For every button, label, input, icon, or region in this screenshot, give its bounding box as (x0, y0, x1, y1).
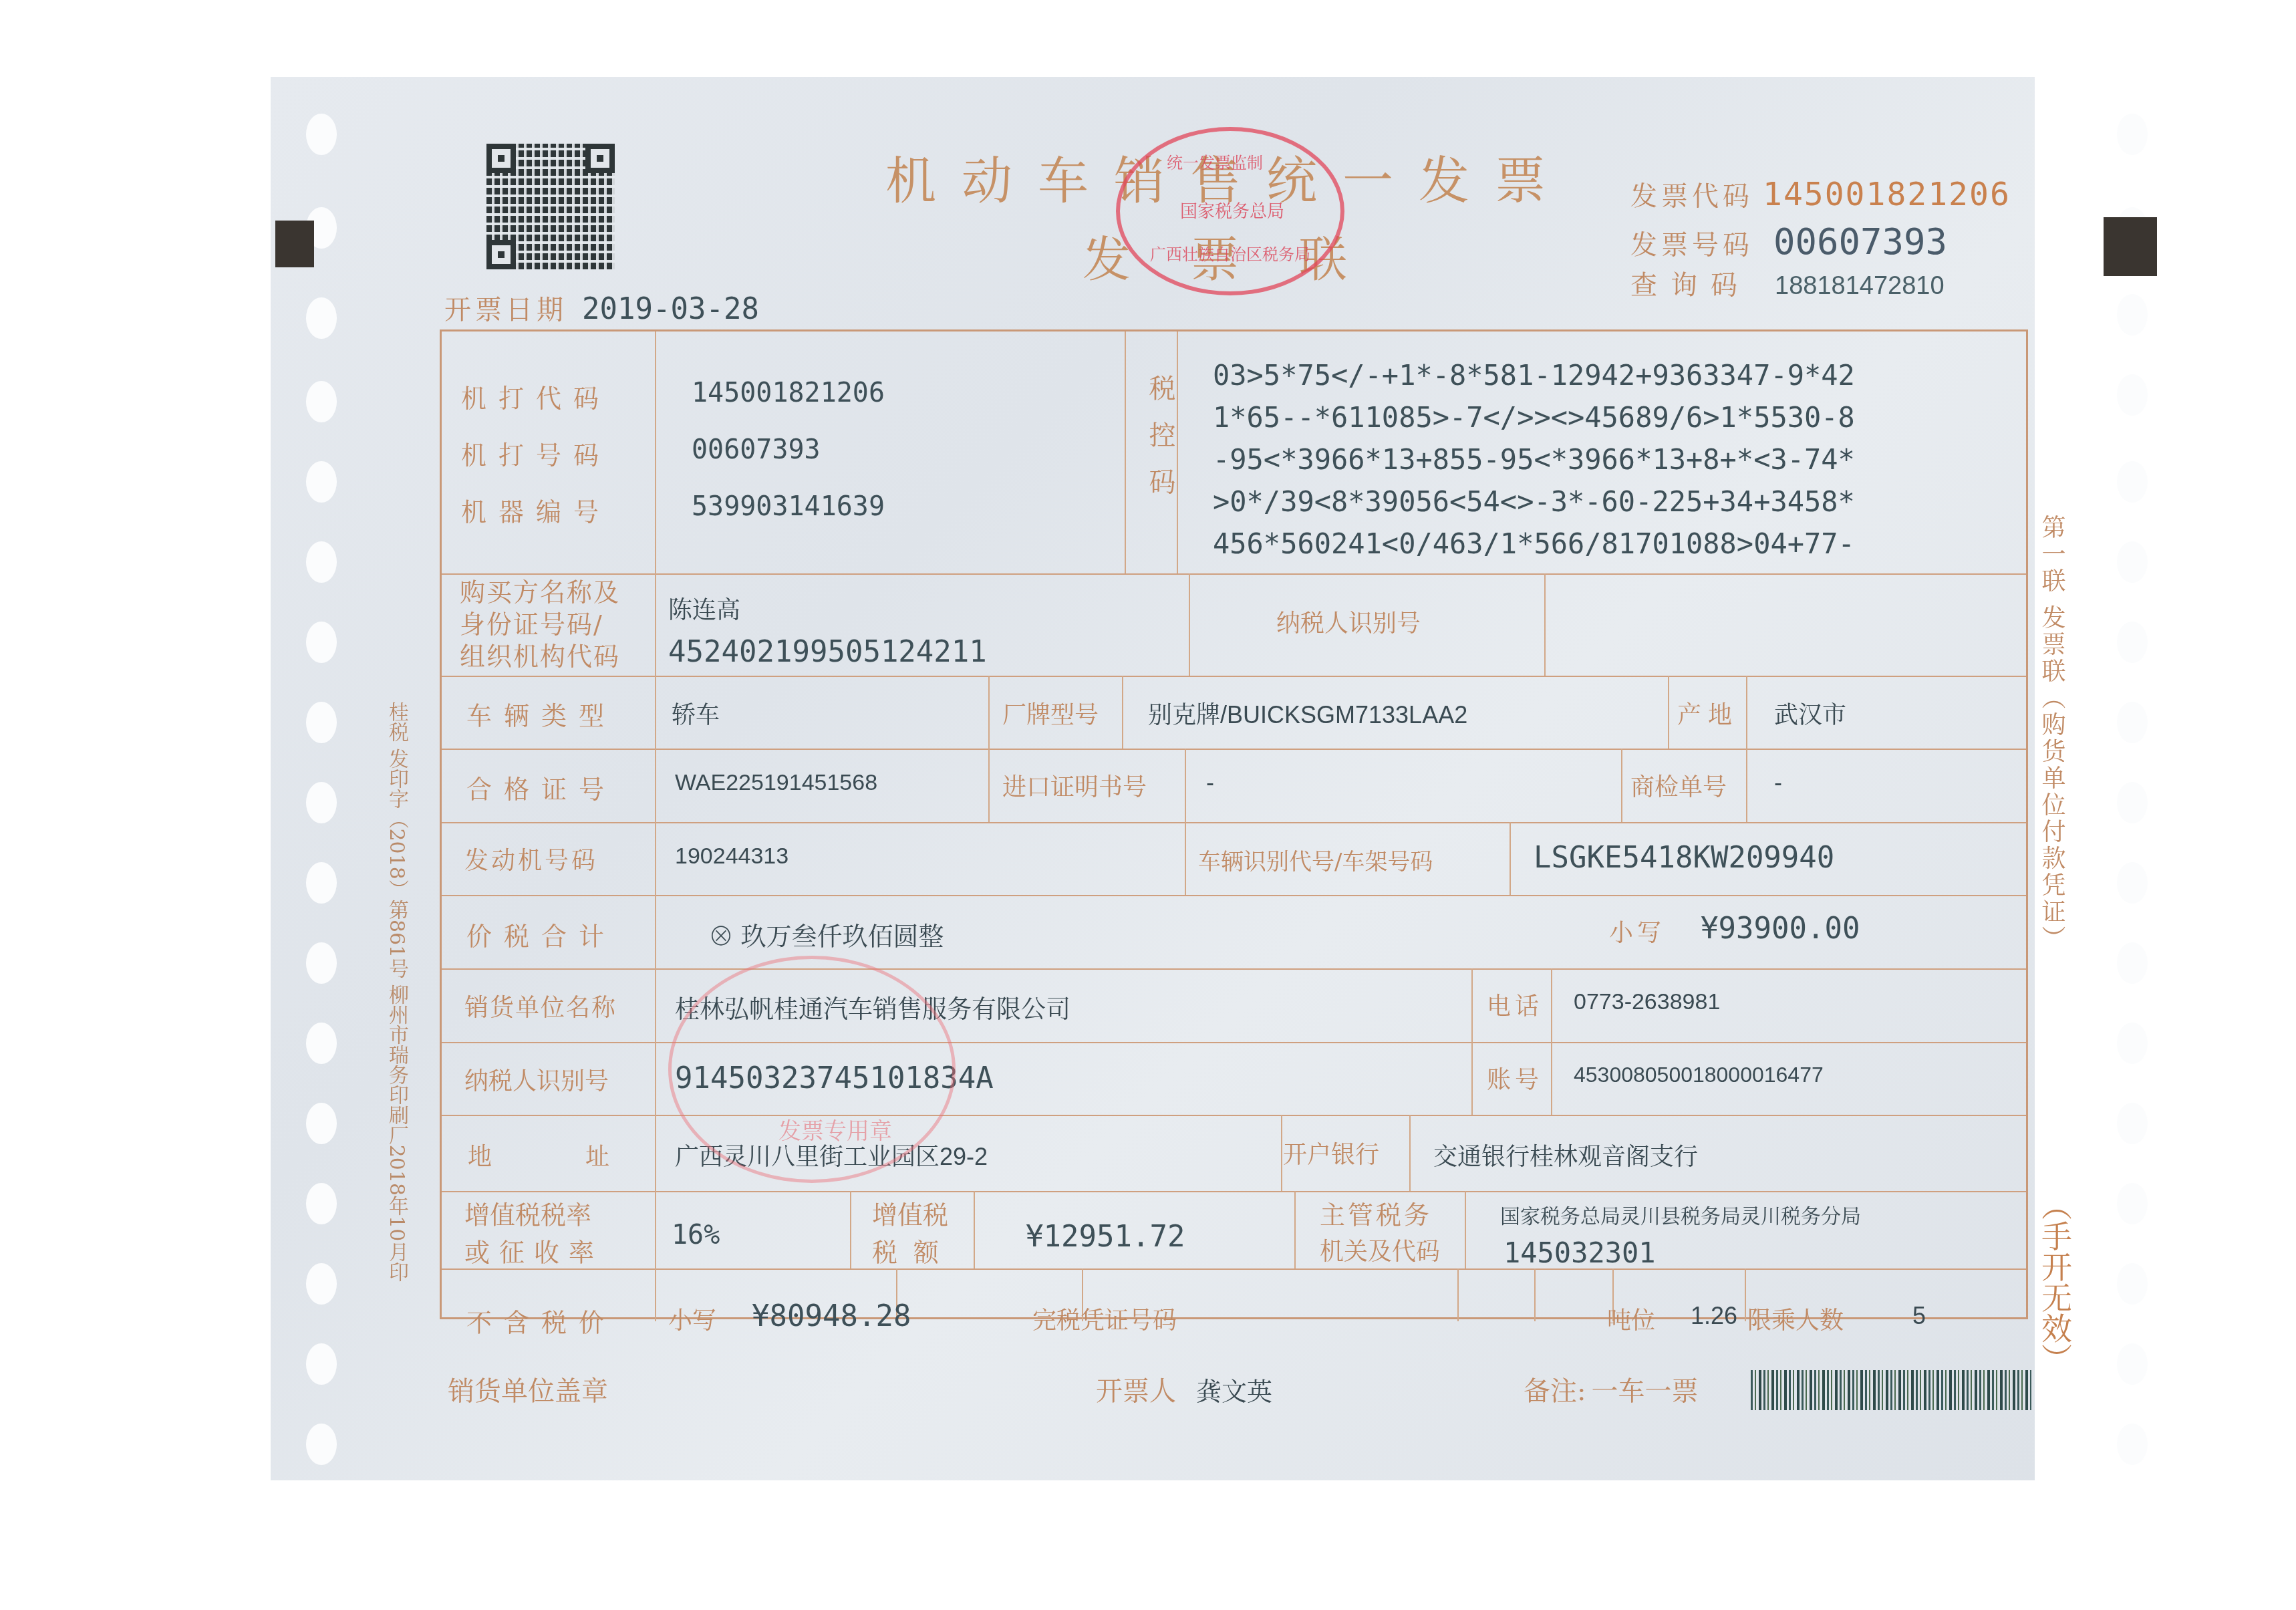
tax-rate-label: 增值税税率 或征收率 (464, 1196, 603, 1271)
tax-amount-label: 增值税 税额 (872, 1196, 955, 1271)
tonnage: 1.26 (1691, 1302, 1737, 1330)
capacity-label: 限乘人数 (1747, 1302, 1844, 1336)
tax-authority-label: 主管税务 机关及代码 (1320, 1196, 1440, 1271)
seller-invoice-stamp: 发票专用章 (668, 956, 956, 1183)
tax-paid-cert-label: 完税凭证号码 (1032, 1302, 1177, 1336)
device-number-label: 机器编号 (461, 491, 611, 528)
engine-label: 发动机号码 (464, 842, 598, 876)
tax-control-label: 税控码 (1141, 374, 1179, 515)
buyer-name: 陈连高 (668, 591, 740, 626)
origin-label: 产地 (1677, 696, 1739, 730)
invoice-number: 00607393 (1773, 221, 1947, 263)
bank-label: 开户银行 (1283, 1136, 1379, 1170)
brand-model-label: 厂牌型号 (1002, 696, 1099, 730)
total-lowercase-label: 小写 (1609, 914, 1665, 948)
import-cert-number: - (1206, 769, 1214, 797)
query-code: 188181472810 (1775, 272, 1945, 301)
vin: LSGKE5418KW209940 (1534, 841, 1834, 875)
issue-date: 2019-03-28 (582, 292, 759, 326)
tax-authority-code: 145032301 (1503, 1236, 1656, 1269)
qr-code (486, 144, 615, 269)
vin-label: 车辆识别代号/车架号码 (1198, 843, 1433, 876)
machine-code-label: 机打代码 (461, 378, 611, 414)
tax-authority: 国家税务总局灵川县税务局灵川税务分局 (1500, 1200, 1861, 1229)
invoice-code: 145001821206 (1763, 176, 2011, 213)
seller-bank: 交通银行桂林观音阁支行 (1433, 1138, 1698, 1172)
price-excl-tax: ¥80948.28 (752, 1299, 911, 1333)
engine-number: 190244313 (675, 843, 788, 869)
alignment-mark-left (275, 221, 314, 267)
remark-field: 备注: 一车一票 (1524, 1370, 1698, 1408)
inspection-label: 商检单号 (1630, 769, 1727, 803)
certificate-number: WAE225191451568 (675, 770, 877, 796)
tax-control-code: 03>5*75</-+1*-8*581-12942+9363347-9*42 1… (1213, 354, 1855, 565)
total-label: 价税合计 (466, 916, 616, 952)
vehicle-type-label: 车辆类型 (466, 695, 616, 732)
machine-number-label: 机打号码 (461, 434, 611, 471)
tax-rate: 16% (672, 1220, 720, 1250)
buyer-taxpayer-id-label: 纳税人识别号 (1276, 605, 1421, 639)
machine-number-value: 00607393 (692, 434, 821, 465)
phone-label: 电话 (1487, 988, 1543, 1022)
tax-bureau-stamp: 统一发票监制 国家税务总局 广西壮族自治区税务局 (1116, 127, 1344, 295)
price-lowercase-label: 小写 (668, 1302, 716, 1336)
invoice-code-field: 发票代码 145001821206 (1630, 175, 2011, 213)
query-code-field: 查询码 188181472810 (1630, 264, 1945, 302)
account-label: 账号 (1487, 1061, 1543, 1095)
inspection-number: - (1774, 769, 1782, 797)
barcode (1751, 1370, 2031, 1410)
seller-account: 453008050018000016477 (1574, 1063, 1824, 1087)
device-number-value: 539903141639 (692, 491, 885, 522)
seller-name-label: 销货单位名称 (464, 989, 617, 1023)
issuer-name: 龚文英 (1196, 1371, 1272, 1407)
buyer-id-number: 452402199505124211 (668, 635, 987, 669)
origin: 武汉市 (1774, 696, 1846, 730)
seller-taxpayer-id-label: 纳税人识别号 (464, 1063, 609, 1097)
cross-circle-icon: ⊗ (708, 923, 734, 951)
tonnage-label: 吨位 (1607, 1302, 1655, 1336)
seller-seal-label: 销货单位盖章 (448, 1370, 608, 1408)
copy-note: 第一联 发票联（购货单位付款凭证） (2037, 515, 2066, 952)
handwritten-invalid-note: （手开无效） (2033, 1190, 2077, 1374)
price-excl-tax-label: 不含税价 (466, 1302, 616, 1339)
issuer-field: 开票人 龚文英 (1096, 1370, 1272, 1408)
total-lowercase: ¥93900.00 (1701, 912, 1860, 946)
passenger-capacity: 5 (1912, 1302, 1926, 1330)
invoice-number-field: 发票号码 00607393 (1630, 221, 1947, 263)
remark: 一车一票 (1591, 1370, 1698, 1408)
vehicle-type: 轿车 (672, 696, 720, 730)
total-uppercase: ⊗ 玖万叁仟玖佰圆整 (708, 916, 944, 952)
print-notice: 桂税 发印字（2018）第861号 柳州市瑞务印刷厂2018年10月印 (384, 702, 408, 1281)
buyer-label: 购买方名称及 身份证号码/ 组织机构代码 (460, 576, 620, 672)
seller-phone: 0773-2638981 (1574, 989, 1720, 1015)
alignment-mark-right (2104, 217, 2157, 276)
machine-code-value: 145001821206 (692, 378, 885, 408)
tax-amount: ¥12951.72 (1026, 1220, 1185, 1254)
issue-date-field: 开票日期 2019-03-28 (444, 289, 759, 327)
certificate-label: 合格证号 (466, 769, 616, 805)
import-cert-label: 进口证明书号 (1002, 769, 1147, 803)
brand-model: 别克牌/BUICKSGM7133LAA2 (1148, 696, 1467, 730)
address-label: 地址 (468, 1138, 703, 1172)
